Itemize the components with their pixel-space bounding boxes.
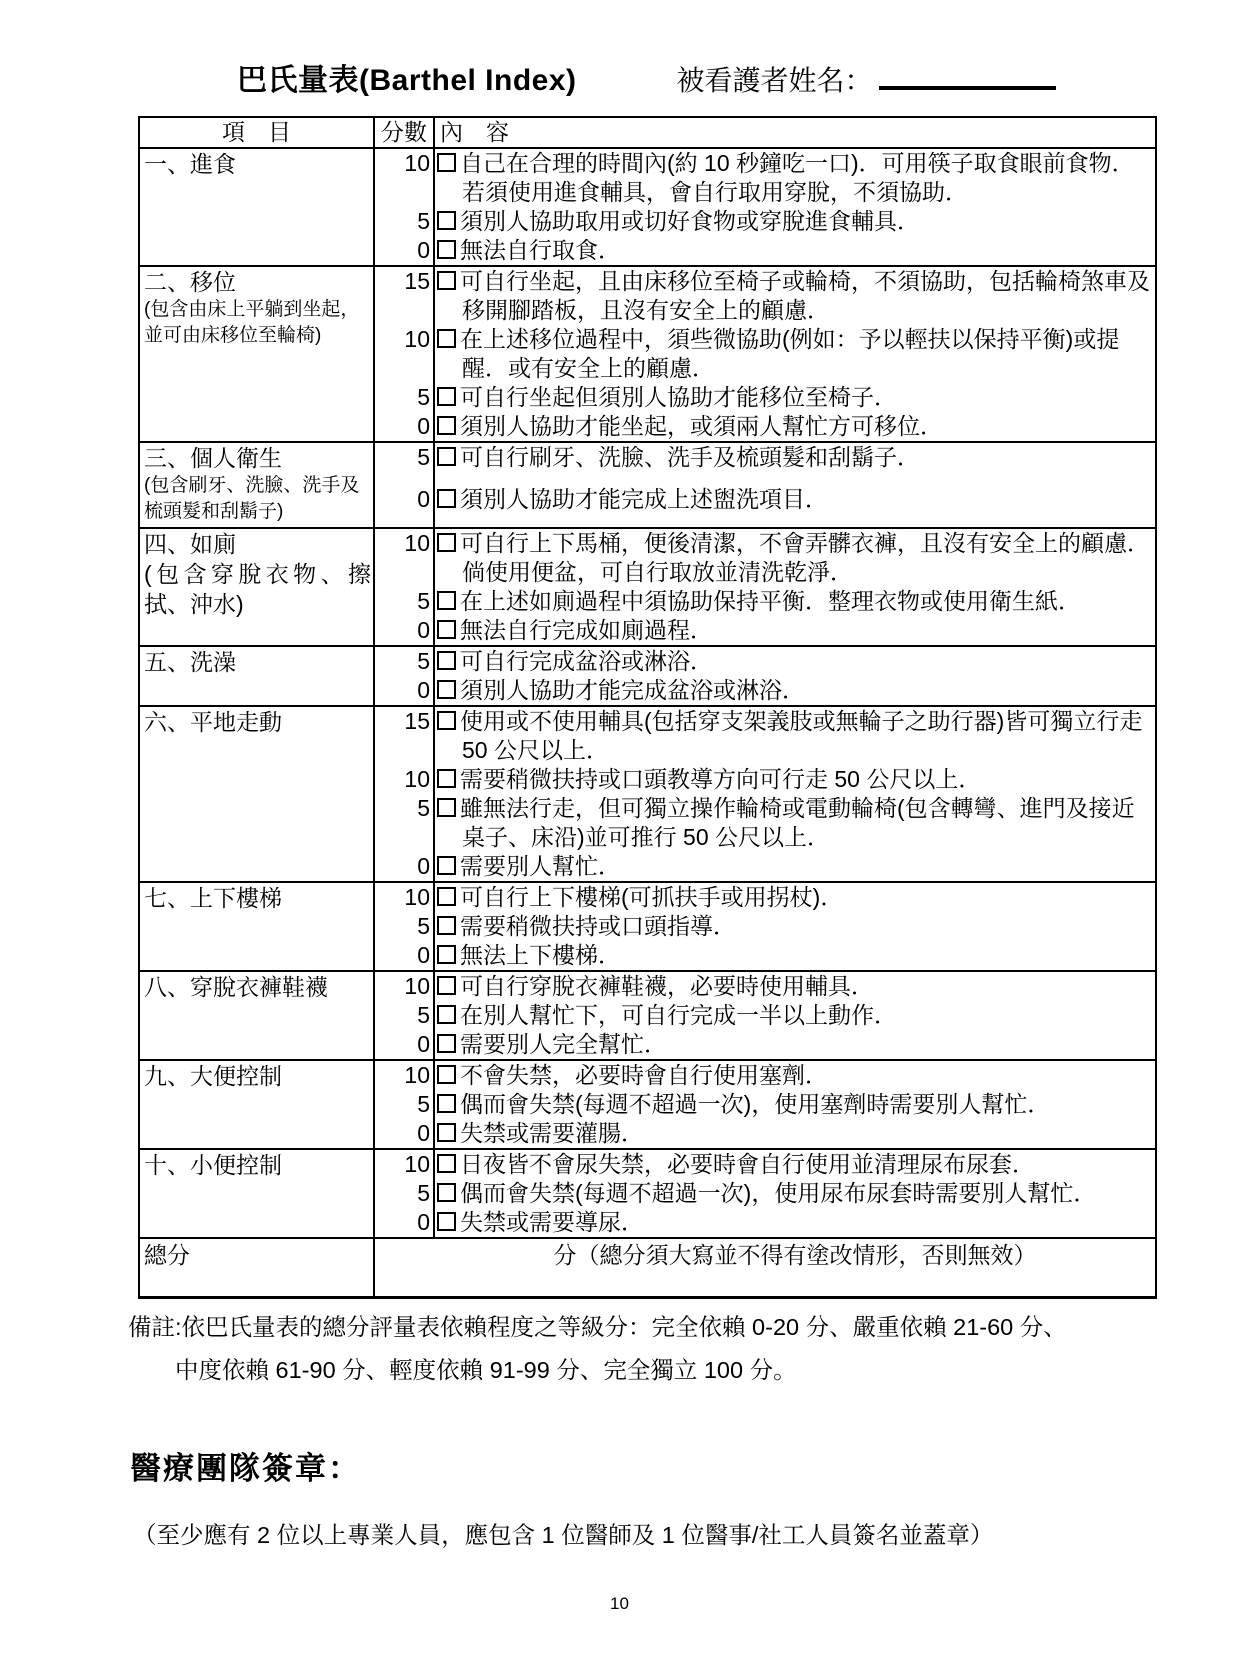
content-cell: 不會失禁，必要時會自行使用塞劑． bbox=[434, 1060, 1156, 1090]
score-cell: 15 bbox=[374, 266, 434, 325]
content-cell: 需要別人幫忙． bbox=[434, 852, 1156, 882]
score-cell: 0 bbox=[374, 1030, 434, 1060]
checkbox-icon[interactable] bbox=[437, 416, 456, 435]
option: 偶而會失禁(每週不超過一次)，使用尿布尿套時需要別人幫忙． bbox=[437, 1179, 1155, 1208]
caregiver-name-blank[interactable] bbox=[879, 60, 1056, 90]
option: 需要稍微扶持或口頭教導方向可行走 50 公尺以上． bbox=[437, 765, 1155, 794]
checkbox-icon[interactable] bbox=[437, 620, 456, 639]
item-cell: 八、穿脫衣褲鞋襪 bbox=[139, 971, 374, 1060]
content-cell: 雖無法行走，但可獨立操作輪椅或電動輪椅(包含轉彎、進門及接近桌子、床沿)並可推行… bbox=[434, 794, 1156, 852]
checkbox-icon[interactable] bbox=[437, 856, 456, 875]
content-cell: 無法上下樓梯． bbox=[434, 941, 1156, 971]
table-row: 一、進食10自己在合理的時間內(約 10 秒鐘吃一口)．可用筷子取食眼前食物．若… bbox=[139, 148, 1156, 207]
score-cell: 5 bbox=[374, 207, 434, 236]
content-cell: 偶而會失禁(每週不超過一次)，使用尿布尿套時需要別人幫忙． bbox=[434, 1179, 1156, 1208]
content-cell: 需要稍微扶持或口頭教導方向可行走 50 公尺以上． bbox=[434, 765, 1156, 794]
footnote-line2: 中度依賴 61-90 分、輕度依賴 91-99 分、完全獨立 100 分。 bbox=[175, 1356, 1239, 1385]
score-cell: 5 bbox=[374, 383, 434, 412]
item-title: 三、個人衛生 bbox=[144, 443, 371, 473]
checkbox-icon[interactable] bbox=[437, 153, 456, 172]
item-cell: 二、移位(包含由床上平躺到坐起，並可由床移位至輪椅) bbox=[139, 266, 374, 442]
option: 可自行上下樓梯(可抓扶手或用拐杖)． bbox=[437, 883, 1155, 912]
title-row: 巴氏量表(Barthel Index) 被看護者姓名： bbox=[0, 0, 1239, 100]
option: 需要稍微扶持或口頭指導． bbox=[437, 912, 1155, 941]
content-cell: 可自行刷牙、洗臉、洗手及梳頭髮和刮鬍子． bbox=[434, 442, 1156, 485]
signature-heading: 醫療團隊簽章： bbox=[130, 1443, 1239, 1488]
checkbox-icon[interactable] bbox=[437, 1094, 456, 1113]
checkbox-icon[interactable] bbox=[437, 271, 456, 290]
checkbox-icon[interactable] bbox=[437, 945, 456, 964]
option: 無法上下樓梯． bbox=[437, 941, 1155, 970]
option: 可自行完成盆浴或淋浴． bbox=[437, 647, 1155, 676]
content-cell: 在別人幫忙下，可自行完成一半以上動作． bbox=[434, 1001, 1156, 1030]
content-cell: 可自行完成盆浴或淋浴． bbox=[434, 646, 1156, 676]
score-cell: 10 bbox=[374, 971, 434, 1001]
checkbox-icon[interactable] bbox=[437, 591, 456, 610]
item-cell: 五、洗澡 bbox=[139, 646, 374, 706]
table-row: 七、上下樓梯10可自行上下樓梯(可抓扶手或用拐杖)． bbox=[139, 882, 1156, 912]
score-cell: 10 bbox=[374, 882, 434, 912]
option: 無法自行完成如廁過程． bbox=[437, 616, 1155, 645]
content-cell: 無法自行完成如廁過程． bbox=[434, 616, 1156, 646]
option: 無法自行取食． bbox=[437, 236, 1155, 265]
content-cell: 在上述如廁過程中須協助保持平衡．整理衣物或使用衛生紙． bbox=[434, 587, 1156, 616]
checkbox-icon[interactable] bbox=[437, 976, 456, 995]
checkbox-icon[interactable] bbox=[437, 387, 456, 406]
table-row: 三、個人衛生(包含刷牙、洗臉、洗手及梳頭髮和刮鬍子)5可自行刷牙、洗臉、洗手及梳… bbox=[139, 442, 1156, 485]
checkbox-icon[interactable] bbox=[437, 211, 456, 230]
score-cell: 5 bbox=[374, 646, 434, 676]
content-cell: 在上述移位過程中，須些微協助(例如：予以輕扶以保持平衡)或提醒．或有安全上的顧慮… bbox=[434, 325, 1156, 383]
checkbox-icon[interactable] bbox=[437, 489, 456, 508]
caregiver-name-field: 被看護者姓名： bbox=[677, 60, 1056, 98]
content-cell: 可自行上下樓梯(可抓扶手或用拐杖)． bbox=[434, 882, 1156, 912]
item-cell: 九、大便控制 bbox=[139, 1060, 374, 1149]
checkbox-icon[interactable] bbox=[437, 533, 456, 552]
score-cell: 10 bbox=[374, 1149, 434, 1179]
option: 可自行坐起，且由床移位至椅子或輪椅，不須協助，包括輪椅煞車及移開腳踏板，且沒有安… bbox=[437, 267, 1155, 325]
checkbox-icon[interactable] bbox=[437, 711, 456, 730]
table-row: 十、小便控制10日夜皆不會尿失禁，必要時會自行使用並清理尿布尿套． bbox=[139, 1149, 1156, 1179]
item-title: 五、洗澡 bbox=[144, 647, 371, 677]
table-row: 五、洗澡5可自行完成盆浴或淋浴． bbox=[139, 646, 1156, 676]
item-title: 四、如廁 bbox=[144, 529, 371, 559]
table-header-row: 項 目 分數 內 容 bbox=[139, 117, 1156, 148]
content-cell: 自己在合理的時間內(約 10 秒鐘吃一口)．可用筷子取食眼前食物．若須使用進食輔… bbox=[434, 148, 1156, 207]
item-title: 七、上下樓梯 bbox=[144, 883, 371, 913]
total-content: 分（總分須大寫並不得有塗改情形，否則無效） bbox=[374, 1238, 1156, 1298]
score-cell: 5 bbox=[374, 1090, 434, 1119]
score-cell: 15 bbox=[374, 706, 434, 765]
item-cell: 七、上下樓梯 bbox=[139, 882, 374, 971]
option: 可自行上下馬桶，便後清潔，不會弄髒衣褲，且沒有安全上的顧慮．倘使用便盆，可自行取… bbox=[437, 529, 1155, 587]
signature-note: （至少應有 2 位以上專業人員，應包含 1 位醫師及 1 位醫事/社工人員簽名並… bbox=[133, 1516, 1239, 1550]
item-note: (包含穿脫衣物、擦拭、沖水) bbox=[144, 559, 371, 619]
page-number: 10 bbox=[0, 1594, 1239, 1614]
option: 偶而會失禁(每週不超過一次)，使用塞劑時需要別人幫忙． bbox=[437, 1090, 1155, 1119]
checkbox-icon[interactable] bbox=[437, 651, 456, 670]
item-note: (包含刷牙、洗臉、洗手及梳頭髮和刮鬍子) bbox=[144, 473, 371, 525]
checkbox-icon[interactable] bbox=[437, 769, 456, 788]
checkbox-icon[interactable] bbox=[437, 1183, 456, 1202]
checkbox-icon[interactable] bbox=[437, 1212, 456, 1231]
item-title: 八、穿脫衣褲鞋襪 bbox=[144, 972, 371, 1002]
option: 可自行刷牙、洗臉、洗手及梳頭髮和刮鬍子． bbox=[437, 443, 1155, 472]
option: 在上述移位過程中，須些微協助(例如：予以輕扶以保持平衡)或提醒．或有安全上的顧慮… bbox=[437, 325, 1155, 383]
score-cell: 0 bbox=[374, 485, 434, 528]
content-cell: 偶而會失禁(每週不超過一次)，使用塞劑時需要別人幫忙． bbox=[434, 1090, 1156, 1119]
option: 自己在合理的時間內(約 10 秒鐘吃一口)．可用筷子取食眼前食物．若須使用進食輔… bbox=[437, 149, 1155, 207]
content-cell: 須別人協助取用或切好食物或穿脫進食輔具． bbox=[434, 207, 1156, 236]
checkbox-icon[interactable] bbox=[437, 1065, 456, 1084]
option: 使用或不使用輔具(包括穿支架義肢或無輪子之助行器)皆可獨立行走 50 公尺以上． bbox=[437, 707, 1155, 765]
item-cell: 三、個人衛生(包含刷牙、洗臉、洗手及梳頭髮和刮鬍子) bbox=[139, 442, 374, 528]
checkbox-icon[interactable] bbox=[437, 1123, 456, 1142]
option: 須別人協助才能坐起，或須兩人幫忙方可移位． bbox=[437, 412, 1155, 441]
option: 須別人協助才能完成盆浴或淋浴． bbox=[437, 676, 1155, 705]
checkbox-icon[interactable] bbox=[437, 240, 456, 259]
content-cell: 需要稍微扶持或口頭指導． bbox=[434, 912, 1156, 941]
score-cell: 10 bbox=[374, 528, 434, 587]
option: 失禁或需要灌腸． bbox=[437, 1119, 1155, 1148]
item-cell: 一、進食 bbox=[139, 148, 374, 266]
item-cell: 十、小便控制 bbox=[139, 1149, 374, 1238]
item-cell: 六、平地走動 bbox=[139, 706, 374, 882]
content-cell: 可自行坐起但須別人協助才能移位至椅子． bbox=[434, 383, 1156, 412]
score-cell: 0 bbox=[374, 1208, 434, 1238]
score-cell: 5 bbox=[374, 912, 434, 941]
score-cell: 0 bbox=[374, 1119, 434, 1149]
form-title: 巴氏量表(Barthel Index) bbox=[237, 62, 577, 100]
option: 在別人幫忙下，可自行完成一半以上動作． bbox=[437, 1001, 1155, 1030]
checkbox-icon[interactable] bbox=[437, 1034, 456, 1053]
option: 失禁或需要導尿． bbox=[437, 1208, 1155, 1237]
table-row: 二、移位(包含由床上平躺到坐起，並可由床移位至輪椅)15可自行坐起，且由床移位至… bbox=[139, 266, 1156, 325]
table-row: 八、穿脫衣褲鞋襪10可自行穿脫衣褲鞋襪，必要時使用輔具． bbox=[139, 971, 1156, 1001]
score-cell: 10 bbox=[374, 325, 434, 383]
score-cell: 5 bbox=[374, 1001, 434, 1030]
col-header-content: 內 容 bbox=[434, 117, 1156, 148]
item-title: 十、小便控制 bbox=[144, 1150, 371, 1180]
item-cell: 四、如廁(包含穿脫衣物、擦拭、沖水) bbox=[139, 528, 374, 646]
table-row: 四、如廁(包含穿脫衣物、擦拭、沖水)10可自行上下馬桶，便後清潔，不會弄髒衣褲，… bbox=[139, 528, 1156, 587]
content-cell: 需要別人完全幫忙． bbox=[434, 1030, 1156, 1060]
content-cell: 日夜皆不會尿失禁，必要時會自行使用並清理尿布尿套． bbox=[434, 1149, 1156, 1179]
item-title: 六、平地走動 bbox=[144, 707, 371, 737]
content-cell: 可自行上下馬桶，便後清潔，不會弄髒衣褲，且沒有安全上的顧慮．倘使用便盆，可自行取… bbox=[434, 528, 1156, 587]
checkbox-icon[interactable] bbox=[437, 916, 456, 935]
option: 雖無法行走，但可獨立操作輪椅或電動輪椅(包含轉彎、進門及接近桌子、床沿)並可推行… bbox=[437, 794, 1155, 852]
footnote-line1: 備註:依巴氏量表的總分評量表依賴程度之等級分：完全依賴 0-20 分、嚴重依賴 … bbox=[128, 1313, 1239, 1342]
checkbox-icon[interactable] bbox=[437, 798, 456, 817]
option: 不會失禁，必要時會自行使用塞劑． bbox=[437, 1061, 1155, 1090]
score-cell: 10 bbox=[374, 148, 434, 207]
score-cell: 5 bbox=[374, 794, 434, 852]
checkbox-icon[interactable] bbox=[437, 447, 456, 466]
score-cell: 0 bbox=[374, 852, 434, 882]
content-cell: 無法自行取食． bbox=[434, 236, 1156, 266]
score-cell: 10 bbox=[374, 1060, 434, 1090]
content-cell: 失禁或需要導尿． bbox=[434, 1208, 1156, 1238]
score-cell: 0 bbox=[374, 236, 434, 266]
content-cell: 須別人協助才能完成盆浴或淋浴． bbox=[434, 676, 1156, 706]
col-header-item: 項 目 bbox=[139, 117, 374, 148]
content-cell: 須別人協助才能完成上述盥洗項目． bbox=[434, 485, 1156, 528]
content-cell: 可自行穿脫衣褲鞋襪，必要時使用輔具． bbox=[434, 971, 1156, 1001]
checkbox-icon[interactable] bbox=[437, 1154, 456, 1173]
option: 須別人協助取用或切好食物或穿脫進食輔具． bbox=[437, 207, 1155, 236]
table-row: 六、平地走動15使用或不使用輔具(包括穿支架義肢或無輪子之助行器)皆可獨立行走 … bbox=[139, 706, 1156, 765]
score-cell: 0 bbox=[374, 616, 434, 646]
total-row: 總分分（總分須大寫並不得有塗改情形，否則無效） bbox=[139, 1238, 1156, 1298]
total-label: 總分 bbox=[139, 1238, 374, 1298]
content-cell: 可自行坐起，且由床移位至椅子或輪椅，不須協助，包括輪椅煞車及移開腳踏板，且沒有安… bbox=[434, 266, 1156, 325]
score-cell: 5 bbox=[374, 442, 434, 485]
option: 需要別人幫忙． bbox=[437, 852, 1155, 881]
option: 須別人協助才能完成上述盥洗項目． bbox=[437, 485, 1155, 514]
checkbox-icon[interactable] bbox=[437, 329, 456, 348]
option: 在上述如廁過程中須協助保持平衡．整理衣物或使用衛生紙． bbox=[437, 587, 1155, 616]
content-cell: 失禁或需要灌腸． bbox=[434, 1119, 1156, 1149]
checkbox-icon[interactable] bbox=[437, 680, 456, 699]
item-title: 一、進食 bbox=[144, 149, 371, 179]
score-cell: 5 bbox=[374, 1179, 434, 1208]
score-cell: 0 bbox=[374, 676, 434, 706]
checkbox-icon[interactable] bbox=[437, 1005, 456, 1024]
content-cell: 使用或不使用輔具(包括穿支架義肢或無輪子之助行器)皆可獨立行走 50 公尺以上． bbox=[434, 706, 1156, 765]
content-cell: 須別人協助才能坐起，或須兩人幫忙方可移位． bbox=[434, 412, 1156, 442]
col-header-score: 分數 bbox=[374, 117, 434, 148]
footnote: 備註:依巴氏量表的總分評量表依賴程度之等級分：完全依賴 0-20 分、嚴重依賴 … bbox=[128, 1313, 1239, 1385]
item-note: (包含由床上平躺到坐起，並可由床移位至輪椅) bbox=[144, 297, 371, 349]
score-cell: 0 bbox=[374, 412, 434, 442]
caregiver-name-label: 被看護者姓名： bbox=[677, 65, 873, 96]
option: 可自行穿脫衣褲鞋襪，必要時使用輔具． bbox=[437, 972, 1155, 1001]
barthel-index-table: 項 目 分數 內 容 一、進食10自己在合理的時間內(約 10 秒鐘吃一口)．可… bbox=[138, 116, 1157, 1299]
score-cell: 10 bbox=[374, 765, 434, 794]
document-page: 巴氏量表(Barthel Index) 被看護者姓名： 項 目 分數 內 容 一… bbox=[0, 0, 1239, 1658]
option: 日夜皆不會尿失禁，必要時會自行使用並清理尿布尿套． bbox=[437, 1150, 1155, 1179]
option: 可自行坐起但須別人協助才能移位至椅子． bbox=[437, 383, 1155, 412]
checkbox-icon[interactable] bbox=[437, 887, 456, 906]
option: 需要別人完全幫忙． bbox=[437, 1030, 1155, 1059]
item-title: 九、大便控制 bbox=[144, 1061, 371, 1091]
score-cell: 5 bbox=[374, 587, 434, 616]
table-row: 九、大便控制10不會失禁，必要時會自行使用塞劑． bbox=[139, 1060, 1156, 1090]
score-cell: 0 bbox=[374, 941, 434, 971]
item-title: 二、移位 bbox=[144, 267, 371, 297]
